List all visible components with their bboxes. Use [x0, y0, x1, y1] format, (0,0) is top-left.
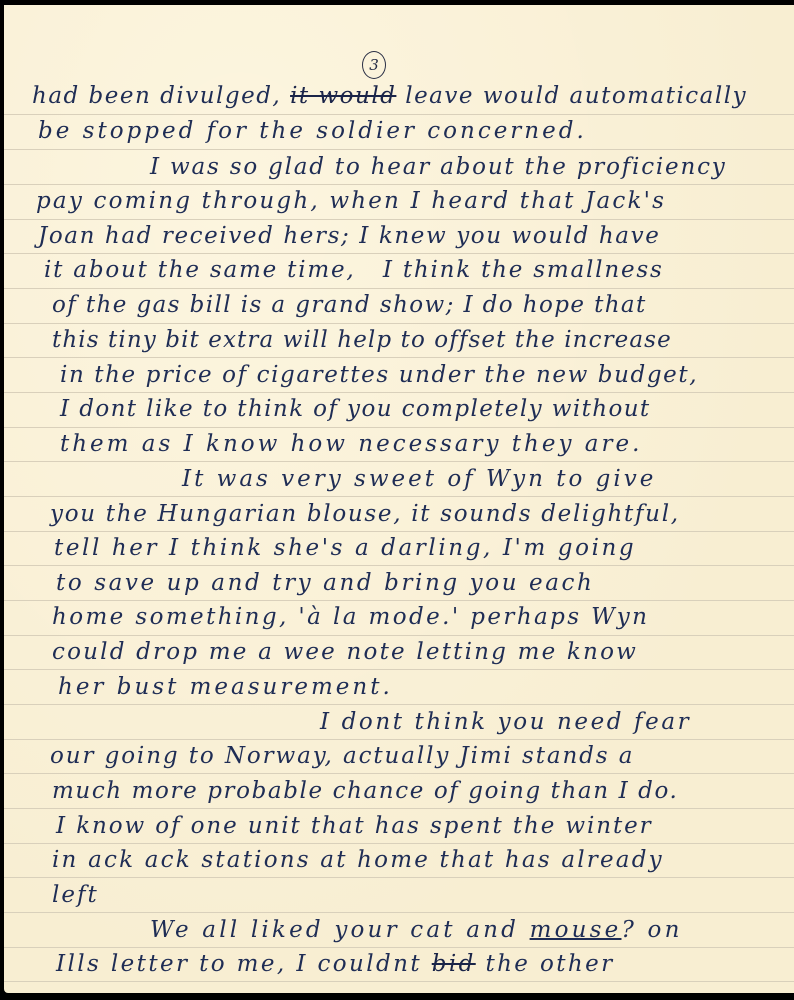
- ruled-line: [4, 392, 794, 393]
- struck-word: bid: [432, 951, 476, 977]
- text-line: Joan had received hers; I knew you would…: [38, 223, 660, 249]
- ruled-line: [4, 323, 794, 324]
- text-line: I dont think you need fear: [320, 709, 691, 735]
- text-line: in ack ack stations at home that has alr…: [52, 847, 664, 873]
- ruled-line: [4, 149, 794, 150]
- text-line: I know of one unit that has spent the wi…: [56, 813, 653, 839]
- ruled-line: [4, 669, 794, 670]
- text-line: in the price of cigarettes under the new…: [60, 362, 698, 388]
- ruled-line: [4, 184, 794, 185]
- text-line: We all liked your cat and mouse? on: [150, 917, 683, 943]
- text-line: I was so glad to hear about the proficie…: [150, 154, 727, 180]
- letter-page: 3 had been divulged, it would leave woul…: [4, 5, 794, 993]
- ruled-line: [4, 912, 794, 913]
- ruled-line: [4, 496, 794, 497]
- text-line: Ills letter to me, I couldnt bid the oth…: [56, 951, 615, 977]
- ruled-line: [4, 219, 794, 220]
- ruled-line: [4, 739, 794, 740]
- text-line: you the Hungarian blouse, it sounds deli…: [50, 501, 680, 527]
- text-line: I dont like to think of you completely w…: [60, 396, 651, 422]
- ruled-line: [4, 981, 794, 982]
- ruled-line: [4, 773, 794, 774]
- struck-word: it would: [290, 83, 396, 109]
- ruled-line: [4, 253, 794, 254]
- text-line: to save up and try and bring you each: [56, 570, 594, 596]
- ruled-line: [4, 600, 794, 601]
- text-line: It was very sweet of Wyn to give: [182, 466, 656, 492]
- text-line: it about the same time, I think the smal…: [44, 257, 664, 283]
- text-line: could drop me a wee note letting me know: [52, 639, 638, 665]
- page-number: 3: [362, 51, 386, 79]
- ruled-line: [4, 843, 794, 844]
- underlined-word: mouse: [530, 917, 622, 943]
- ruled-line: [4, 357, 794, 358]
- text-line: left: [52, 882, 99, 908]
- ruled-line: [4, 114, 794, 115]
- text-line: her bust measurement.: [58, 674, 393, 700]
- text-line: this tiny bit extra will help to offset …: [52, 327, 672, 353]
- ruled-line: [4, 427, 794, 428]
- ruled-line: [4, 808, 794, 809]
- text-line: be stopped for the soldier concerned.: [38, 118, 587, 144]
- text-line: tell her I think she's a darling, I'm go…: [54, 535, 636, 561]
- ruled-line: [4, 635, 794, 636]
- text-line: had been divulged, it would leave would …: [32, 83, 747, 109]
- ruled-line: [4, 704, 794, 705]
- text-line: them as I know how necessary they are.: [60, 431, 642, 457]
- ruled-line: [4, 288, 794, 289]
- text-line: home something, 'à la mode.' perhaps Wyn: [52, 604, 649, 630]
- ruled-line: [4, 947, 794, 948]
- text-line: much more probable chance of going than …: [52, 778, 678, 804]
- ruled-line: [4, 531, 794, 532]
- text-line: our going to Norway, actually Jimi stand…: [50, 743, 634, 769]
- ruled-line: [4, 877, 794, 878]
- text-line: pay coming through, when I heard that Ja…: [36, 188, 666, 214]
- ruled-line: [4, 565, 794, 566]
- ruled-line: [4, 461, 794, 462]
- text-line: of the gas bill is a grand show; I do ho…: [52, 292, 647, 318]
